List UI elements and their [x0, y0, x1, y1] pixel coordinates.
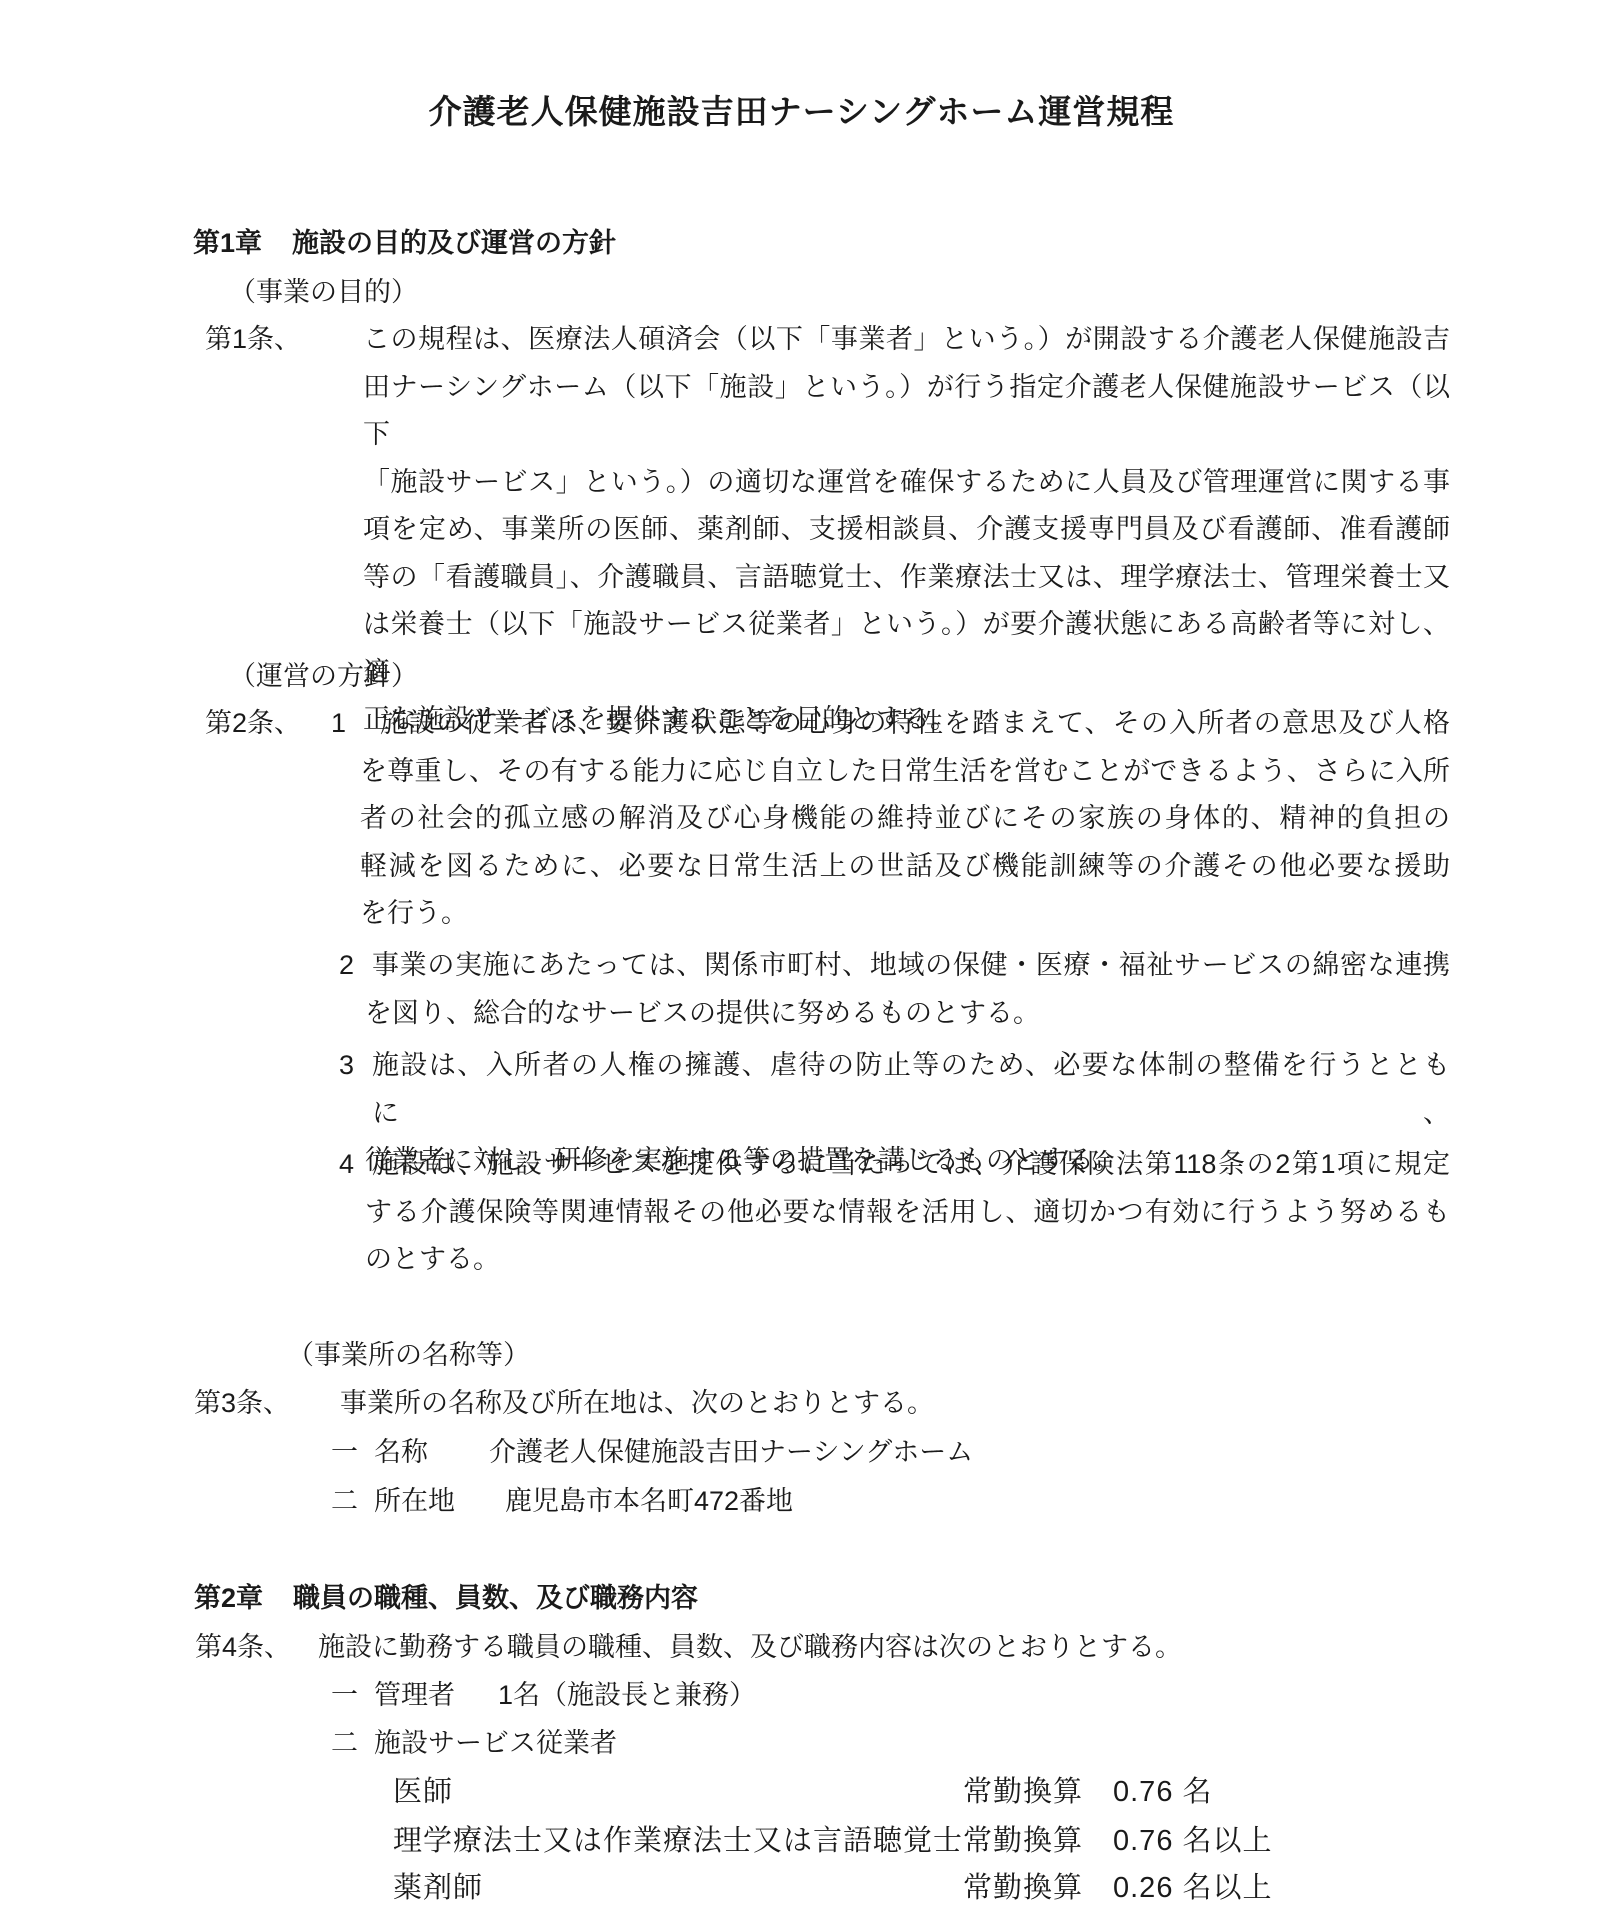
- article-line: 田ナーシングホーム（以下「施設」という。）が行う指定介護老人保健施設サービス（以…: [363, 364, 1450, 459]
- item-label: 管理者: [374, 1672, 498, 1720]
- office-item-row: 一名称介護老人保健施設吉田ナーシングホーム: [331, 1429, 973, 1477]
- item-value: 1名（施設長と兼務）: [498, 1680, 756, 1710]
- article-line: 施設は、施設サービスを提供するに当たっては、介護保険法第118条の2第1項に規定: [372, 1141, 1450, 1189]
- article-line: を図り、総合的なサービスの提供に努めるものとする。: [365, 990, 1450, 1038]
- article-3-label: 第3条、: [194, 1380, 290, 1428]
- item-number: 3: [339, 1042, 354, 1090]
- chapter-1-number: 第1章: [193, 228, 262, 258]
- article-line: 事業の実施にあたっては、関係市町村、地域の保健・医療・福祉サービスの綿密な連携: [372, 942, 1450, 990]
- chapter-1-heading: 第1章施設の目的及び運営の方針: [193, 220, 616, 268]
- article-2-label: 第2条、: [205, 700, 301, 748]
- article-line: この規程は、医療法人碩済会（以下「事業者」という。）が開設する介護老人保健施設吉: [363, 316, 1450, 364]
- article-1-body: この規程は、医療法人碩済会（以下「事業者」という。）が開設する介護老人保健施設吉…: [363, 316, 1450, 744]
- item-kanji-number: 一: [331, 1429, 374, 1477]
- item-kanji-number: 一: [331, 1672, 374, 1720]
- article-line: を尊重し、その有する能力に応じ自立した日常生活を営むことができるよう、さらに入所: [360, 748, 1450, 796]
- article-line: 施設は、入所者の人権の擁護、虐待の防止等のため、必要な体制の整備を行うとともに、: [372, 1042, 1450, 1137]
- article-line: 等の「看護職員」、介護職員、言語聴覚士、作業療法士又は、理学療法士、管理栄養士又: [363, 554, 1450, 602]
- article-line: 「施設サービス」という。）の適切な運営を確保するために人員及び管理運営に関する事: [363, 459, 1450, 507]
- item-value: 介護老人保健施設吉田ナーシングホーム: [489, 1437, 973, 1467]
- item-label: 所在地: [374, 1478, 505, 1526]
- chapter-2-title: 職員の職種、員数、及び職務内容: [293, 1583, 698, 1613]
- article-line: を行う。: [360, 890, 1450, 938]
- document-page: 介護老人保健施設吉田ナーシングホーム運営規程 第1章施設の目的及び運営の方針 （…: [0, 0, 1603, 1920]
- document-title: 介護老人保健施設吉田ナーシングホーム運営規程: [0, 86, 1603, 133]
- item-number: 4: [339, 1141, 354, 1189]
- article-3-intro: 事業所の名称及び所在地は、次のとおりとする。: [340, 1380, 934, 1428]
- article-line: のとする。: [365, 1236, 1450, 1284]
- role-fte: 常勤換算 0.76 名以上: [963, 1825, 1273, 1857]
- office-item-row: 二所在地鹿児島市本名町472番地: [331, 1478, 793, 1526]
- item-kanji-number: 二: [331, 1478, 374, 1526]
- staff-role-row: 薬剤師常勤換算 0.26 名以上: [393, 1865, 1273, 1913]
- item-number: 2: [339, 942, 354, 990]
- chapter-2-number: 第2章: [194, 1583, 263, 1613]
- item-kanji-number: 二: [331, 1720, 374, 1768]
- role-title: 医師: [393, 1769, 963, 1817]
- item-label: 名称: [374, 1429, 489, 1477]
- section-label-office: （事業所の名称等）: [287, 1332, 530, 1380]
- staff-item-row: 一管理者1名（施設長と兼務）: [331, 1672, 756, 1720]
- article-line: 項を定め、事業所の医師、薬剤師、支援相談員、介護支援専門員及び看護師、准看護師: [363, 506, 1450, 554]
- role-title: 理学療法士又は作業療法士又は言語聴覚士: [393, 1818, 963, 1866]
- section-label-policy: （運営の方針）: [229, 653, 418, 701]
- policy-item-4: 施設は、施設サービスを提供するに当たっては、介護保険法第118条の2第1項に規定…: [372, 1141, 1450, 1284]
- article-line: は栄養士（以下「施設サービス従業者」という。）が要介護状態にある高齢者等に対し、…: [363, 601, 1450, 696]
- article-line: 者の社会的孤立感の解消及び心身機能の維持並びにその家族の身体的、精神的負担の: [360, 795, 1450, 843]
- article-line: 軽減を図るために、必要な日常生活上の世話及び機能訓練等の介護その他必要な援助: [360, 843, 1450, 891]
- role-title: 薬剤師: [393, 1865, 963, 1913]
- staff-item-row: 二施設サービス従業者: [331, 1720, 617, 1768]
- policy-item-1: 施設の従業者は、要介護状態等の心身の特性を踏まえて、その入所者の意思及び人格 を…: [380, 700, 1450, 938]
- chapter-1-title: 施設の目的及び運営の方針: [292, 228, 616, 258]
- staff-role-row: 医師常勤換算 0.76 名: [393, 1769, 1213, 1817]
- staff-role-row: 理学療法士又は作業療法士又は言語聴覚士常勤換算 0.76 名以上: [393, 1818, 1273, 1866]
- policy-item-2: 事業の実施にあたっては、関係市町村、地域の保健・医療・福祉サービスの綿密な連携 …: [372, 942, 1450, 1037]
- chapter-2-heading: 第2章職員の職種、員数、及び職務内容: [194, 1575, 698, 1623]
- article-1-label: 第1条、: [205, 316, 301, 364]
- item-value: 鹿児島市本名町472番地: [505, 1486, 793, 1516]
- article-line: 施設の従業者は、要介護状態等の心身の特性を踏まえて、その入所者の意思及び人格: [380, 700, 1450, 748]
- article-4-intro: 施設に勤務する職員の職種、員数、及び職務内容は次のとおりとする。: [318, 1624, 1182, 1672]
- role-fte: 常勤換算 0.26 名以上: [963, 1872, 1273, 1904]
- section-label-purpose: （事業の目的）: [229, 269, 418, 317]
- item-label: 施設サービス従業者: [374, 1720, 617, 1768]
- item-number: 1: [331, 700, 346, 748]
- article-line: する介護保険等関連情報その他必要な情報を活用し、適切かつ有効に行うよう努めるも: [365, 1189, 1450, 1237]
- article-4-label: 第4条、: [195, 1624, 291, 1672]
- role-fte: 常勤換算 0.76 名: [963, 1776, 1213, 1808]
